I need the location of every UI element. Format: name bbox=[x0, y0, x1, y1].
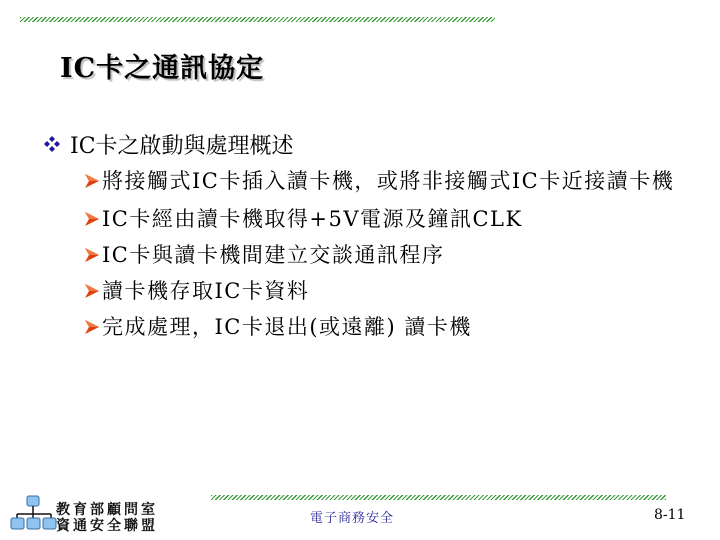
bullet-level2-text: 完成處理，IC卡退出(或遠離) 讀卡機 bbox=[102, 312, 682, 342]
network-tree-icon bbox=[10, 494, 60, 534]
bullet-level1-text: IC卡之啟動與處理概述 bbox=[70, 129, 294, 160]
arrowhead-icon bbox=[85, 204, 102, 234]
top-divider-line bbox=[20, 17, 495, 22]
logo-line-1: 教育部顧問室 bbox=[56, 502, 158, 518]
slide-title: IC卡之通訊協定 bbox=[60, 46, 264, 85]
bottom-divider-line bbox=[211, 495, 666, 500]
bullet-level2: IC卡經由讀卡機取得+5V電源及鐘訊CLK bbox=[85, 204, 700, 234]
slide-content: IC卡之啟動與處理概述 將接觸式IC卡插入讀卡機，或將非接觸式IC卡近接讀卡機 … bbox=[40, 126, 700, 342]
bullet-level2: 讀卡機存取IC卡資料 bbox=[85, 276, 700, 306]
arrowhead-icon bbox=[85, 240, 102, 270]
bullet-level2: 將接觸式IC卡插入讀卡機，或將非接觸式IC卡近接讀卡機 bbox=[85, 166, 700, 196]
bullet-level2-text: IC卡經由讀卡機取得+5V電源及鐘訊CLK bbox=[102, 204, 682, 234]
bullet-level2: 完成處理，IC卡退出(或遠離) 讀卡機 bbox=[85, 312, 700, 342]
bullet-level2: IC卡與讀卡機間建立交談通訊程序 bbox=[85, 240, 700, 270]
bullet-level2-text: 讀卡機存取IC卡資料 bbox=[102, 276, 682, 306]
logo-line-2: 資通安全聯盟 bbox=[56, 518, 158, 534]
diamond-cluster-icon bbox=[44, 136, 70, 152]
arrowhead-icon bbox=[85, 276, 102, 306]
page-number: 8-11 bbox=[654, 507, 685, 523]
arrowhead-icon bbox=[85, 312, 102, 342]
bullet-level1: IC卡之啟動與處理概述 bbox=[40, 126, 700, 162]
organization-logo-text: 教育部顧問室 資通安全聯盟 bbox=[56, 502, 158, 534]
bullet-level2-text: 將接觸式IC卡插入讀卡機，或將非接觸式IC卡近接讀卡機 bbox=[102, 166, 682, 196]
bullet-level2-text: IC卡與讀卡機間建立交談通訊程序 bbox=[102, 240, 682, 270]
footer-course-title: 電子商務安全 bbox=[310, 507, 394, 526]
arrowhead-icon bbox=[85, 166, 102, 196]
